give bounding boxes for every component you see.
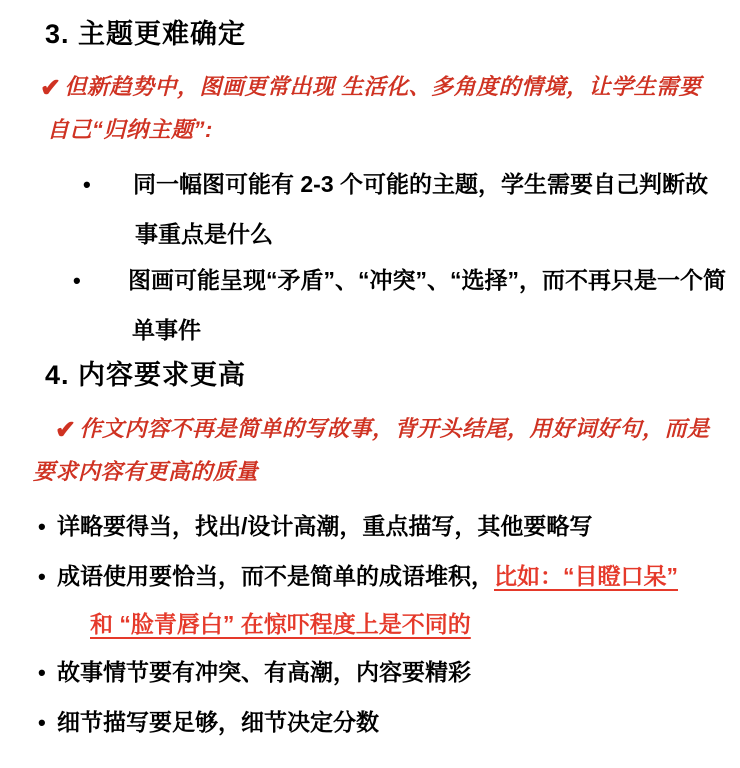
section-3-intro-text-1: 但新趋势中，图画更常出现 生活化、多角度的情境，让学生需要 [64, 74, 701, 99]
bullet-icon: • [38, 513, 57, 541]
bullet-icon: • [38, 709, 57, 737]
bullet-text: 同一幅图可能有 2-3 个可能的主题，学生需要自己判断故 [133, 171, 708, 197]
section-4-heading: 4. 内容要求更高 [45, 361, 246, 391]
section-4-intro-line-1: ✔作文内容不再是简单的写故事，背开头结尾，用好词好句，而是 [55, 414, 709, 447]
bullet-item: •图画可能呈现“矛盾”、“冲突”、“选择”，而不再只是一个简 [73, 266, 726, 295]
bullet-text-continuation: 单事件 [132, 316, 201, 344]
section-3-intro-line-2: 自己“归纳主题”: [47, 116, 213, 145]
highlighted-example-continuation: 和 “脸青唇白” 在惊吓程度上是不同的 [90, 610, 471, 638]
checkmark-icon: ✔ [55, 416, 76, 444]
highlighted-example-text: 比如：“目瞪口呆” [494, 563, 678, 589]
section-3-heading: 3. 主题更难确定 [45, 20, 246, 50]
bullet-text-continuation: 事重点是什么 [135, 220, 273, 248]
bullet-text: 详略要得当，找出/设计高潮，重点描写，其他要略写 [57, 513, 592, 539]
bullet-item: •细节描写要足够，细节决定分数 [38, 708, 379, 737]
bullet-text: 图画可能呈现“矛盾”、“冲突”、“选择”，而不再只是一个简 [128, 267, 726, 293]
bullet-item: •成语使用要恰当，而不是简单的成语堆积，比如：“目瞪口呆” [38, 562, 678, 591]
bullet-icon: • [73, 267, 128, 295]
bullet-text: 细节描写要足够，细节决定分数 [57, 709, 379, 735]
bullet-text: 故事情节要有冲突、有高潮，内容要精彩 [57, 659, 471, 685]
bullet-item: •同一幅图可能有 2-3 个可能的主题，学生需要自己判断故 [83, 170, 708, 199]
bullet-item: •详略要得当，找出/设计高潮，重点描写，其他要略写 [38, 512, 592, 541]
section-3-intro-line-1: ✔但新趋势中，图画更常出现 生活化、多角度的情境，让学生需要 [40, 72, 701, 105]
bullet-text: 成语使用要恰当，而不是简单的成语堆积， [57, 563, 494, 589]
bullet-icon: • [38, 563, 57, 591]
bullet-icon: • [38, 659, 57, 687]
bullet-item: •故事情节要有冲突、有高潮，内容要精彩 [38, 658, 471, 687]
section-4-intro-line-2: 要求内容有更高的质量 [33, 458, 258, 487]
section-4-intro-text-1: 作文内容不再是简单的写故事，背开头结尾，用好词好句，而是 [79, 416, 709, 441]
bullet-icon: • [83, 171, 133, 199]
document-page: 3. 主题更难确定 ✔但新趋势中，图画更常出现 生活化、多角度的情境，让学生需要… [0, 0, 740, 768]
checkmark-icon: ✔ [40, 74, 61, 102]
